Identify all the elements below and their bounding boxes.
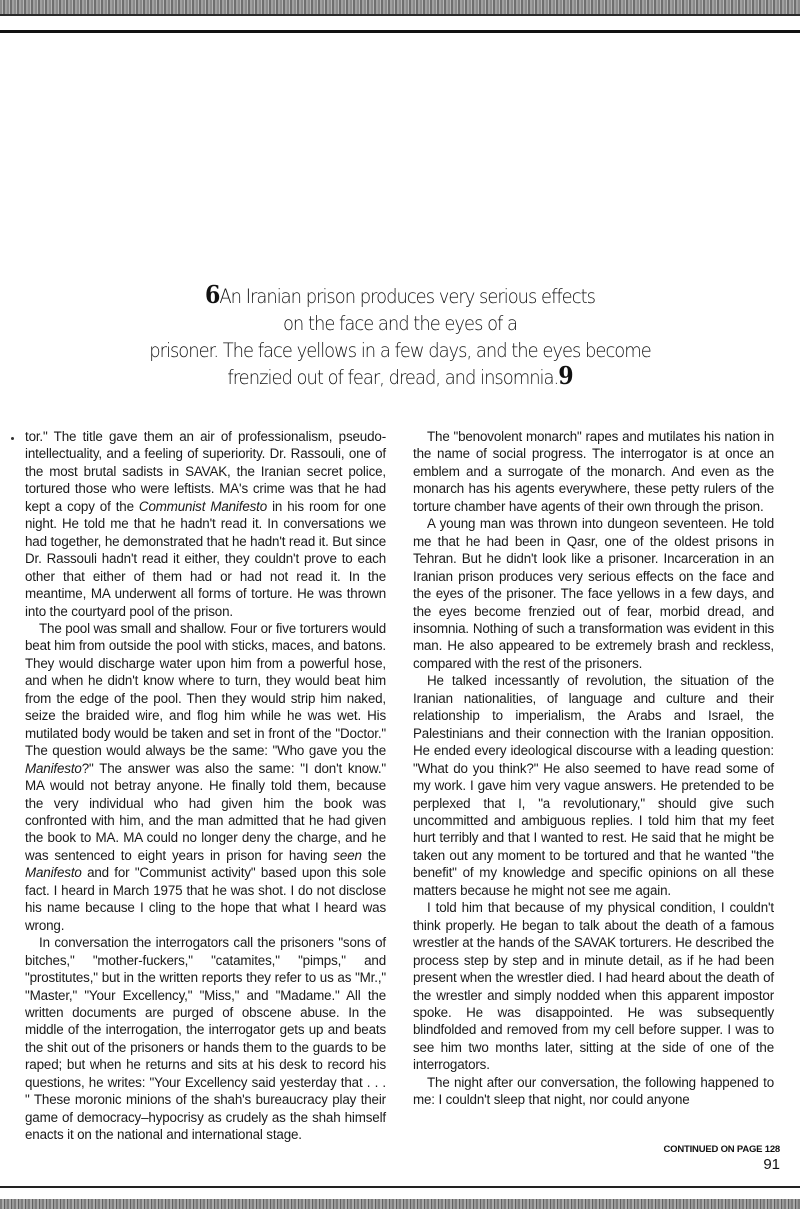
book-title: Manifesto: [25, 865, 82, 880]
emphasis: seen: [333, 848, 361, 863]
pull-quote: 6An Iranian prison produces very serious…: [142, 283, 657, 391]
bottom-scan-border: [0, 1199, 800, 1209]
paragraph: The "benovolent monarch" rapes and mutil…: [413, 428, 774, 515]
top-scan-border: [0, 0, 800, 14]
paragraph: tor." The title gave them an air of prof…: [25, 428, 386, 620]
pull-quote-line: prisoner. The face yellows in a few days…: [142, 337, 657, 364]
bottom-rule: [0, 1186, 800, 1188]
book-title: Manifesto: [25, 761, 82, 776]
pull-quote-line: frenzied out of fear, dread, and insomni…: [142, 364, 657, 391]
paragraph: The night after our conversation, the fo…: [413, 1074, 774, 1109]
right-column: The "benovolent monarch" rapes and mutil…: [413, 428, 774, 1109]
left-column: tor." The title gave them an air of prof…: [25, 428, 386, 1144]
paragraph: I told him that because of my physical c…: [413, 899, 774, 1074]
paragraph: The pool was small and shallow. Four or …: [25, 620, 386, 934]
paragraph: In conversation the interrogators call t…: [25, 934, 386, 1143]
continued-on-page-note: CONTINUED ON PAGE 128: [540, 1144, 780, 1155]
paragraph: A young man was thrown into dungeon seve…: [413, 515, 774, 672]
top-rule-thin: [0, 14, 800, 16]
top-rule-thick: [0, 30, 800, 33]
paragraph: He talked incessantly of revolution, the…: [413, 672, 774, 899]
scan-speck: [11, 437, 14, 440]
book-title: Communist Manifesto: [139, 499, 267, 514]
pull-quote-line: on the face and the eyes of a: [142, 310, 657, 337]
close-quote-mark-icon: 9: [558, 361, 572, 390]
pull-quote-line: 6An Iranian prison produces very serious…: [142, 283, 657, 310]
open-quote-mark-icon: 6: [205, 280, 219, 309]
page-number: 91: [700, 1156, 780, 1173]
